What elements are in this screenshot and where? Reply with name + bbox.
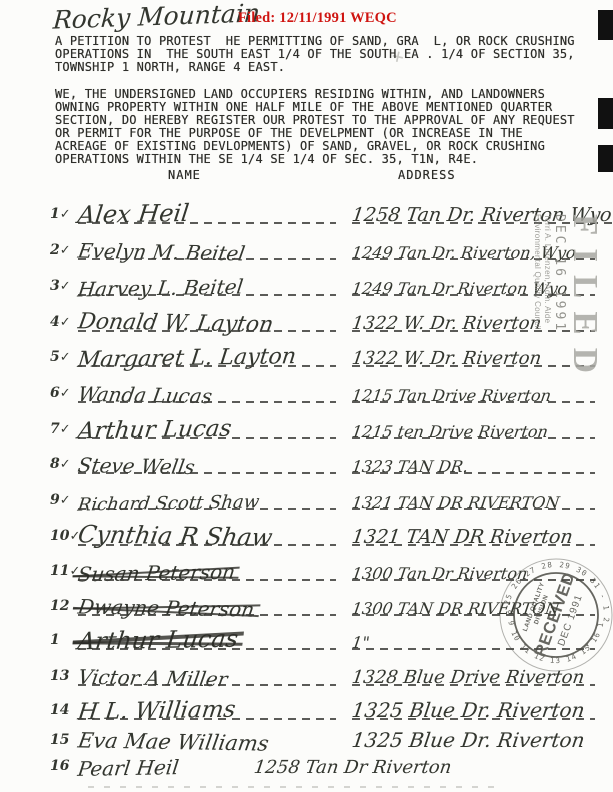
name-column-header: NAME — [168, 168, 201, 182]
signature-name: Donald W. Layton — [76, 309, 275, 337]
red-filed-date-stamp: Filed: 12/11/1991 WEQC — [238, 10, 397, 27]
signature-row: 14 H L. Williams 1325 Blue Dr. Riverton — [50, 689, 595, 720]
row-number: 1✓ — [50, 206, 78, 222]
row-number: 8✓ — [50, 456, 78, 472]
signature-name-struck: Arthur Lucas — [76, 625, 240, 656]
filed-stamp-word: FILED — [568, 214, 602, 402]
signature-row: 16 Pearl Heil 1258 Tan Dr Riverton — [50, 748, 595, 776]
row-number: 10✓ — [50, 528, 78, 544]
check-mark-icon: ✓ — [60, 207, 71, 222]
row-number: 5✓ — [50, 349, 78, 365]
signature-row: 6✓ Wanda Lucas 1215 Tan Drive Riverton — [50, 372, 595, 403]
check-mark-icon: ✓ — [60, 315, 71, 330]
signature-name: Wanda Lucas — [76, 382, 214, 408]
signature-address: 1321 TAN DR Riverton — [350, 526, 574, 548]
scan-edge-noise — [88, 786, 503, 788]
scanned-petition-page: Rocky Mountain Filed: 12/11/1991 WEQC + … — [0, 0, 613, 792]
received-stamp: 25 26 27 28 29 30 31 - 1 2 3 4 5 6 7 8 9… — [488, 547, 613, 683]
signature-row: 7✓ Arthur Lucas 1215 ten Drive Riverton — [50, 408, 595, 439]
check-mark-icon: ✓ — [60, 422, 71, 437]
signature-name: Steve Wells — [76, 453, 196, 479]
handwritten-note: Rocky Mountain — [52, 0, 261, 35]
signature-row: 15 Eva Mae Williams 1325 Blue Dr. Rivert… — [50, 722, 595, 750]
row-number: 3✓ — [50, 278, 78, 294]
filed-stamp-org: Environmental Quality Council — [533, 214, 543, 402]
scan-artifact-mark — [598, 98, 613, 129]
signature-name: Alex Heil — [76, 199, 191, 229]
signature-address: 1215 ten Drive Riverton — [351, 422, 550, 441]
signature-row: 8✓ Steve Wells 1323 TAN DR. — [50, 443, 595, 474]
scan-artifact-mark — [598, 145, 613, 172]
filed-stamp-clerk: Terri A. Lorenzen, Adm. Aide — [543, 214, 553, 402]
check-mark-icon: ✓ — [60, 493, 71, 508]
signature-name: Pearl Heil — [76, 755, 180, 781]
row-number: 7✓ — [50, 421, 78, 437]
row-number: 9✓ — [50, 492, 78, 508]
signature-row: 4✓ Donald W. Layton 1322 W. Dr. Riverton — [50, 301, 595, 332]
row-number: 2✓ — [50, 242, 78, 258]
signature-row: 5✓ Margaret L. Layton 1322 W. Dr. Rivert… — [50, 336, 595, 367]
row-number: 14 — [50, 702, 78, 718]
signature-row: 2✓ Evelyn M. Beitel 1249 Tan Dr. Riverto… — [50, 229, 595, 260]
signature-row: 3✓ Harvey L. Beitel 1249 Tan Dr Riverton… — [50, 265, 595, 296]
signature-name: Richard Scott Shaw — [76, 491, 260, 515]
signature-name: Margaret L. Layton — [76, 344, 297, 373]
filed-stamp-date: DEC 16 1991 — [552, 214, 567, 402]
signature-address: 1322 W. Dr. Riverton — [351, 313, 543, 334]
signature-address: 1321 TAN DR RIVERTON — [351, 493, 561, 512]
signature-name-struck: Dwayne Peterson — [76, 594, 256, 621]
signature-name: Cynthia R Shaw — [76, 520, 274, 551]
signature-name: Harvey L. Beitel — [76, 275, 244, 302]
row-number: 4✓ — [50, 314, 78, 330]
check-mark-icon: ✓ — [60, 350, 71, 365]
signature-row: 9✓ Richard Scott Shaw 1321 TAN DR RIVERT… — [50, 479, 595, 510]
scan-artifact-mark — [598, 10, 613, 40]
check-mark-icon: ✓ — [60, 386, 71, 401]
signature-name-struck: Susan Peterson — [76, 560, 236, 587]
signature-address: 1258 Tan Dr Riverton — [253, 757, 453, 778]
row-number: 6✓ — [50, 385, 78, 401]
signature-name: Victor A Miller — [76, 665, 229, 692]
row-number: 15 — [50, 732, 78, 748]
signature-address: 1322 W. Dr. Riverton — [351, 348, 543, 369]
check-mark-icon: ✓ — [60, 279, 71, 294]
petition-body-line6: OPERATIONS WITHIN THE SE 1/4 SE 1/4 OF S… — [55, 153, 478, 166]
signature-row: 10✓ Cynthia R Shaw 1321 TAN DR Riverton — [50, 515, 595, 546]
signature-address: 1" — [351, 633, 371, 652]
petition-title-line3: TOWNSHIP 1 NORTH, RANGE 4 EAST. — [55, 61, 285, 74]
signature-name: Arthur Lucas — [76, 416, 233, 445]
check-mark-icon: ✓ — [60, 457, 71, 472]
check-mark-icon: ✓ — [60, 243, 71, 258]
signature-address: 1325 Blue Dr. Riverton — [350, 698, 586, 722]
signature-name: Evelyn M. Beitel — [76, 239, 246, 266]
signature-row: 1✓ Alex Heil 1258 Tan Dr. Riverton Wyo — [50, 193, 595, 224]
row-number: 13 — [50, 668, 78, 684]
address-column-header: ADDRESS — [398, 168, 456, 182]
signature-address: 1323 TAN DR. — [351, 457, 470, 476]
filed-stamp: FILED DEC 16 1991 Terri A. Lorenzen, Adm… — [522, 214, 602, 402]
row-number: 16 — [50, 758, 78, 774]
